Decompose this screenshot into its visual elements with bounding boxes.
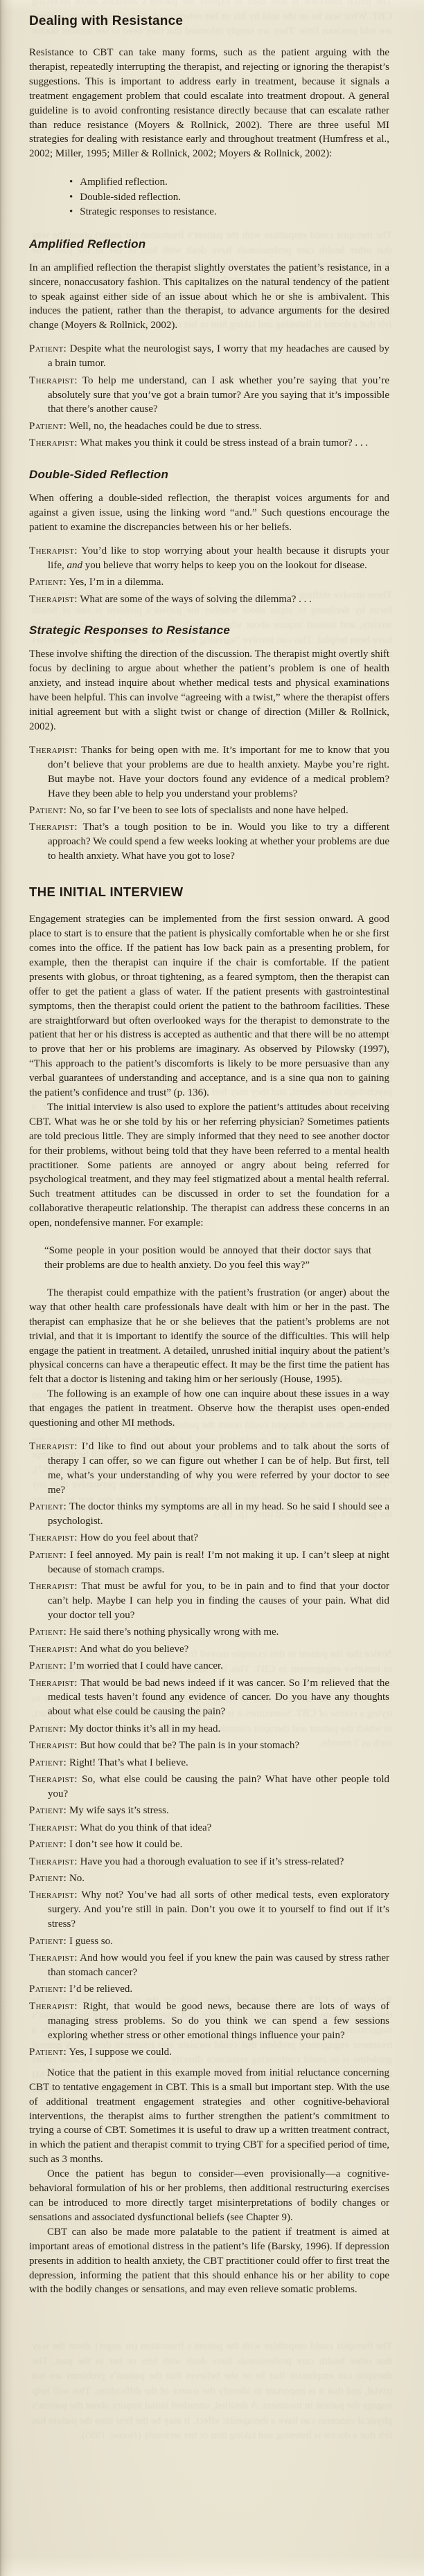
dialogue-line: Therapist: And what do you believe? bbox=[29, 1642, 389, 1657]
speaker-label: Patient: bbox=[29, 805, 67, 816]
section-heading-initial-interview: THE INITIAL INTERVIEW bbox=[29, 885, 389, 900]
dialogue-line: Therapist: What do you think of that ide… bbox=[29, 1821, 389, 1835]
speaker-label: Therapist: bbox=[29, 822, 78, 833]
dialogue-text: Right, that would be good news, because … bbox=[48, 2001, 389, 2041]
dialogue-line: Therapist: What are some of the ways of … bbox=[29, 592, 389, 607]
dialogue-text: To help me understand, can I ask whether… bbox=[48, 375, 389, 415]
speaker-label: Patient: bbox=[29, 1839, 67, 1850]
dialogue-text: I feel annoyed. My pain is real! I’m not… bbox=[48, 1550, 389, 1575]
dialogue-line: Therapist: Have you had a thorough evalu… bbox=[29, 1855, 389, 1869]
speaker-label: Therapist: bbox=[29, 545, 78, 556]
page-content: Dealing with Resistance Resistance to CB… bbox=[0, 0, 424, 2297]
paragraph-interview-6: Once the patient has begun to consider—e… bbox=[29, 2167, 389, 2225]
dialogue-line: Patient: No, so far I’ve been to see lot… bbox=[29, 804, 389, 818]
speaker-label: Therapist: bbox=[29, 745, 78, 756]
dialogue-text: Despite what the neurologist says, I wor… bbox=[48, 343, 389, 369]
speaker-label: Patient: bbox=[29, 421, 67, 432]
dialogue-initial-interview: Therapist: I’d like to find out about yo… bbox=[29, 1440, 389, 2060]
list-item: Double-sided reflection. bbox=[69, 190, 389, 206]
speaker-label: Therapist: bbox=[29, 1952, 78, 1963]
dialogue-line: Therapist: How do you feel about that? bbox=[29, 1531, 389, 1545]
speaker-label: Therapist: bbox=[29, 1441, 78, 1452]
speaker-label: Therapist: bbox=[29, 437, 78, 448]
paragraph-amplified-reflection: In an amplified reflection the therapist… bbox=[29, 261, 389, 334]
dialogue-line: Patient: I feel annoyed. My pain is real… bbox=[29, 1548, 389, 1577]
dialogue-line: Therapist: Thanks for being open with me… bbox=[29, 743, 389, 801]
speaker-label: Patient: bbox=[29, 1626, 67, 1638]
dialogue-double-sided: Therapist: You’d like to stop worrying a… bbox=[29, 544, 389, 607]
paragraph-interview-7: CBT can also be made more palatable to t… bbox=[29, 2225, 389, 2298]
speaker-label: Patient: bbox=[29, 2047, 67, 2058]
speaker-label: Patient: bbox=[29, 577, 67, 588]
dialogue-line: Patient: Despite what the neurologist sa… bbox=[29, 342, 389, 371]
mi-strategies-list: Amplified reflection. Double-sided refle… bbox=[29, 175, 389, 220]
dialogue-text: My wife says it’s stress. bbox=[69, 1805, 169, 1816]
paragraph-interview-1: Engagement strategies can be implemented… bbox=[29, 912, 389, 1100]
paragraph-strategic-responses: These involve shifting the direction of … bbox=[29, 647, 389, 734]
dialogue-line: Patient: My wife says it’s stress. bbox=[29, 1804, 389, 1818]
dialogue-line: Therapist: But how could that be? The pa… bbox=[29, 1739, 389, 1753]
dialogue-line: Therapist: I’d like to find out about yo… bbox=[29, 1440, 389, 1498]
dialogue-text: The doctor thinks my symptoms are all in… bbox=[48, 1501, 389, 1527]
dialogue-text: So, what else could be causing the pain?… bbox=[48, 1774, 389, 1799]
dialogue-line: Patient: I guess so. bbox=[29, 1934, 389, 1949]
dialogue-line: Therapist: Why not? You’ve had all sorts… bbox=[29, 1888, 389, 1932]
dialogue-line: Therapist: That would be bad news indeed… bbox=[29, 1676, 389, 1720]
speaker-label: Patient: bbox=[29, 1501, 67, 1512]
dialogue-text: Right! That’s what I believe. bbox=[69, 1757, 188, 1768]
dialogue-text: My doctor thinks it’s all in my head. bbox=[69, 1723, 220, 1734]
dialogue-line: Patient: I’d be relieved. bbox=[29, 1982, 389, 1997]
section-heading-dealing-with-resistance: Dealing with Resistance bbox=[29, 14, 389, 29]
dialogue-line: Therapist: And how would you feel if you… bbox=[29, 1951, 389, 1980]
dialogue-text: I’d like to find out about your problems… bbox=[48, 1441, 389, 1496]
dialogue-text: you believe that worry helps to keep you… bbox=[82, 560, 367, 571]
dialogue-line: Therapist: You’d like to stop worrying a… bbox=[29, 544, 389, 573]
dialogue-text: He said there’s nothing physically wrong… bbox=[69, 1626, 279, 1638]
speaker-label: Patient: bbox=[29, 1984, 67, 1995]
dialogue-text: Thanks for being open with me. It’s impo… bbox=[48, 745, 389, 799]
speaker-label: Patient: bbox=[29, 1805, 67, 1816]
dialogue-text: And what do you believe? bbox=[80, 1644, 188, 1655]
dialogue-text: I guess so. bbox=[69, 1936, 113, 1947]
dialogue-text: But how could that be? The pain is in yo… bbox=[80, 1740, 299, 1751]
subheading-amplified-reflection: Amplified Reflection bbox=[29, 237, 389, 251]
speaker-label: Therapist: bbox=[29, 1581, 78, 1592]
speaker-label: Therapist: bbox=[29, 1889, 78, 1901]
dialogue-text: I don’t see how it could be. bbox=[69, 1839, 182, 1850]
speaker-label: Therapist: bbox=[29, 594, 78, 605]
bleed-through-text: The therapist could empathize with the p… bbox=[32, 2339, 392, 2547]
dialogue-line: Patient: Right! That’s what I believe. bbox=[29, 1756, 389, 1770]
speaker-label: Patient: bbox=[29, 1757, 67, 1768]
dialogue-line: Patient: No. bbox=[29, 1871, 389, 1886]
dialogue-line: Therapist: To help me understand, can I … bbox=[29, 374, 389, 417]
scanned-book-page: The initial interview is also used to ex… bbox=[0, 0, 424, 2576]
dialogue-text: I’d be relieved. bbox=[69, 1984, 132, 1995]
speaker-label: Therapist: bbox=[29, 2001, 78, 2012]
speaker-label: Therapist: bbox=[29, 1740, 78, 1751]
dialogue-line: Patient: Yes, I’m in a dilemma. bbox=[29, 575, 389, 590]
dialogue-text: How do you feel about that? bbox=[80, 1532, 198, 1543]
speaker-label: Patient: bbox=[29, 1550, 67, 1561]
speaker-label: Patient: bbox=[29, 1723, 67, 1734]
dialogue-line: Patient: My doctor thinks it’s all in my… bbox=[29, 1722, 389, 1736]
speaker-label: Patient: bbox=[29, 1873, 67, 1884]
dialogue-line: Therapist: So, what else could be causin… bbox=[29, 1772, 389, 1802]
dialogue-text: That would be bad news indeed if it was … bbox=[48, 1678, 389, 1718]
dialogue-text: Why not? You’ve had all sorts of other m… bbox=[48, 1889, 389, 1930]
dialogue-text: What makes you think it could be stress … bbox=[80, 437, 368, 448]
speaker-label: Patient: bbox=[29, 343, 67, 354]
dialogue-text-emphasis: and bbox=[67, 560, 83, 571]
paragraph-interview-2: The initial interview is also used to ex… bbox=[29, 1100, 389, 1231]
paragraph-resistance-intro: Resistance to CBT can take many forms, s… bbox=[29, 46, 389, 161]
dialogue-line: Patient: He said there’s nothing physica… bbox=[29, 1625, 389, 1640]
dialogue-text: What are some of the ways of solving the… bbox=[80, 594, 312, 605]
dialogue-text: Have you had a thorough evaluation to se… bbox=[80, 1856, 344, 1867]
dialogue-line: Therapist: That must be awful for you, t… bbox=[29, 1579, 389, 1623]
dialogue-line: Patient: I don’t see how it could be. bbox=[29, 1838, 389, 1852]
dialogue-text: I’m worried that I could have cancer. bbox=[69, 1660, 223, 1671]
subheading-strategic-responses: Strategic Responses to Resistance bbox=[29, 624, 389, 637]
speaker-label: Therapist: bbox=[29, 1822, 78, 1833]
dialogue-text: Yes, I’m in a dilemma. bbox=[69, 577, 164, 588]
dialogue-line: Therapist: That’s a tough position to be… bbox=[29, 820, 389, 864]
dialogue-text: Well, no, the headaches could be due to … bbox=[69, 421, 262, 432]
dialogue-text: Yes, I suppose we could. bbox=[69, 2047, 171, 2058]
dialogue-text: That’s a tough position to be in. Would … bbox=[48, 822, 389, 862]
dialogue-text: What do you think of that idea? bbox=[80, 1822, 211, 1833]
dialogue-text: That must be awful for you, to be in pai… bbox=[48, 1581, 389, 1621]
paragraph-double-sided-reflection: When offering a double-sided reflection,… bbox=[29, 491, 389, 535]
speaker-label: Therapist: bbox=[29, 1532, 78, 1543]
dialogue-text: No. bbox=[69, 1873, 85, 1884]
paragraph-interview-4: The following is an example of how one c… bbox=[29, 1387, 389, 1431]
block-quote: “Some people in your position would be a… bbox=[44, 1244, 371, 1273]
speaker-label: Therapist: bbox=[29, 1678, 78, 1689]
dialogue-line: Patient: The doctor thinks my symptoms a… bbox=[29, 1500, 389, 1529]
speaker-label: Therapist: bbox=[29, 1774, 78, 1785]
speaker-label: Therapist: bbox=[29, 1856, 78, 1867]
dialogue-line: Therapist: Right, that would be good new… bbox=[29, 1999, 389, 2043]
speaker-label: Patient: bbox=[29, 1936, 67, 1947]
dialogue-line: Therapist: What makes you think it could… bbox=[29, 436, 389, 451]
paragraph-interview-5: Notice that the patient in this example … bbox=[29, 2066, 389, 2167]
list-item: Strategic responses to resistance. bbox=[69, 205, 389, 220]
dialogue-line: Patient: I’m worried that I could have c… bbox=[29, 1659, 389, 1674]
dialogue-text: No, so far I’ve been to see lots of spec… bbox=[69, 805, 348, 816]
speaker-label: Patient: bbox=[29, 1660, 67, 1671]
subheading-double-sided-reflection: Double-Sided Reflection bbox=[29, 468, 389, 482]
list-item: Amplified reflection. bbox=[69, 175, 389, 190]
dialogue-line: Patient: Well, no, the headaches could b… bbox=[29, 419, 389, 434]
dialogue-strategic: Therapist: Thanks for being open with me… bbox=[29, 743, 389, 864]
dialogue-amplified: Patient: Despite what the neurologist sa… bbox=[29, 342, 389, 451]
dialogue-line: Patient: Yes, I suppose we could. bbox=[29, 2045, 389, 2060]
dialogue-text: And how would you feel if you knew the p… bbox=[48, 1952, 389, 1978]
speaker-label: Therapist: bbox=[29, 375, 78, 386]
paragraph-interview-3: The therapist could empathize with the p… bbox=[29, 1286, 389, 1387]
speaker-label: Therapist: bbox=[29, 1644, 78, 1655]
